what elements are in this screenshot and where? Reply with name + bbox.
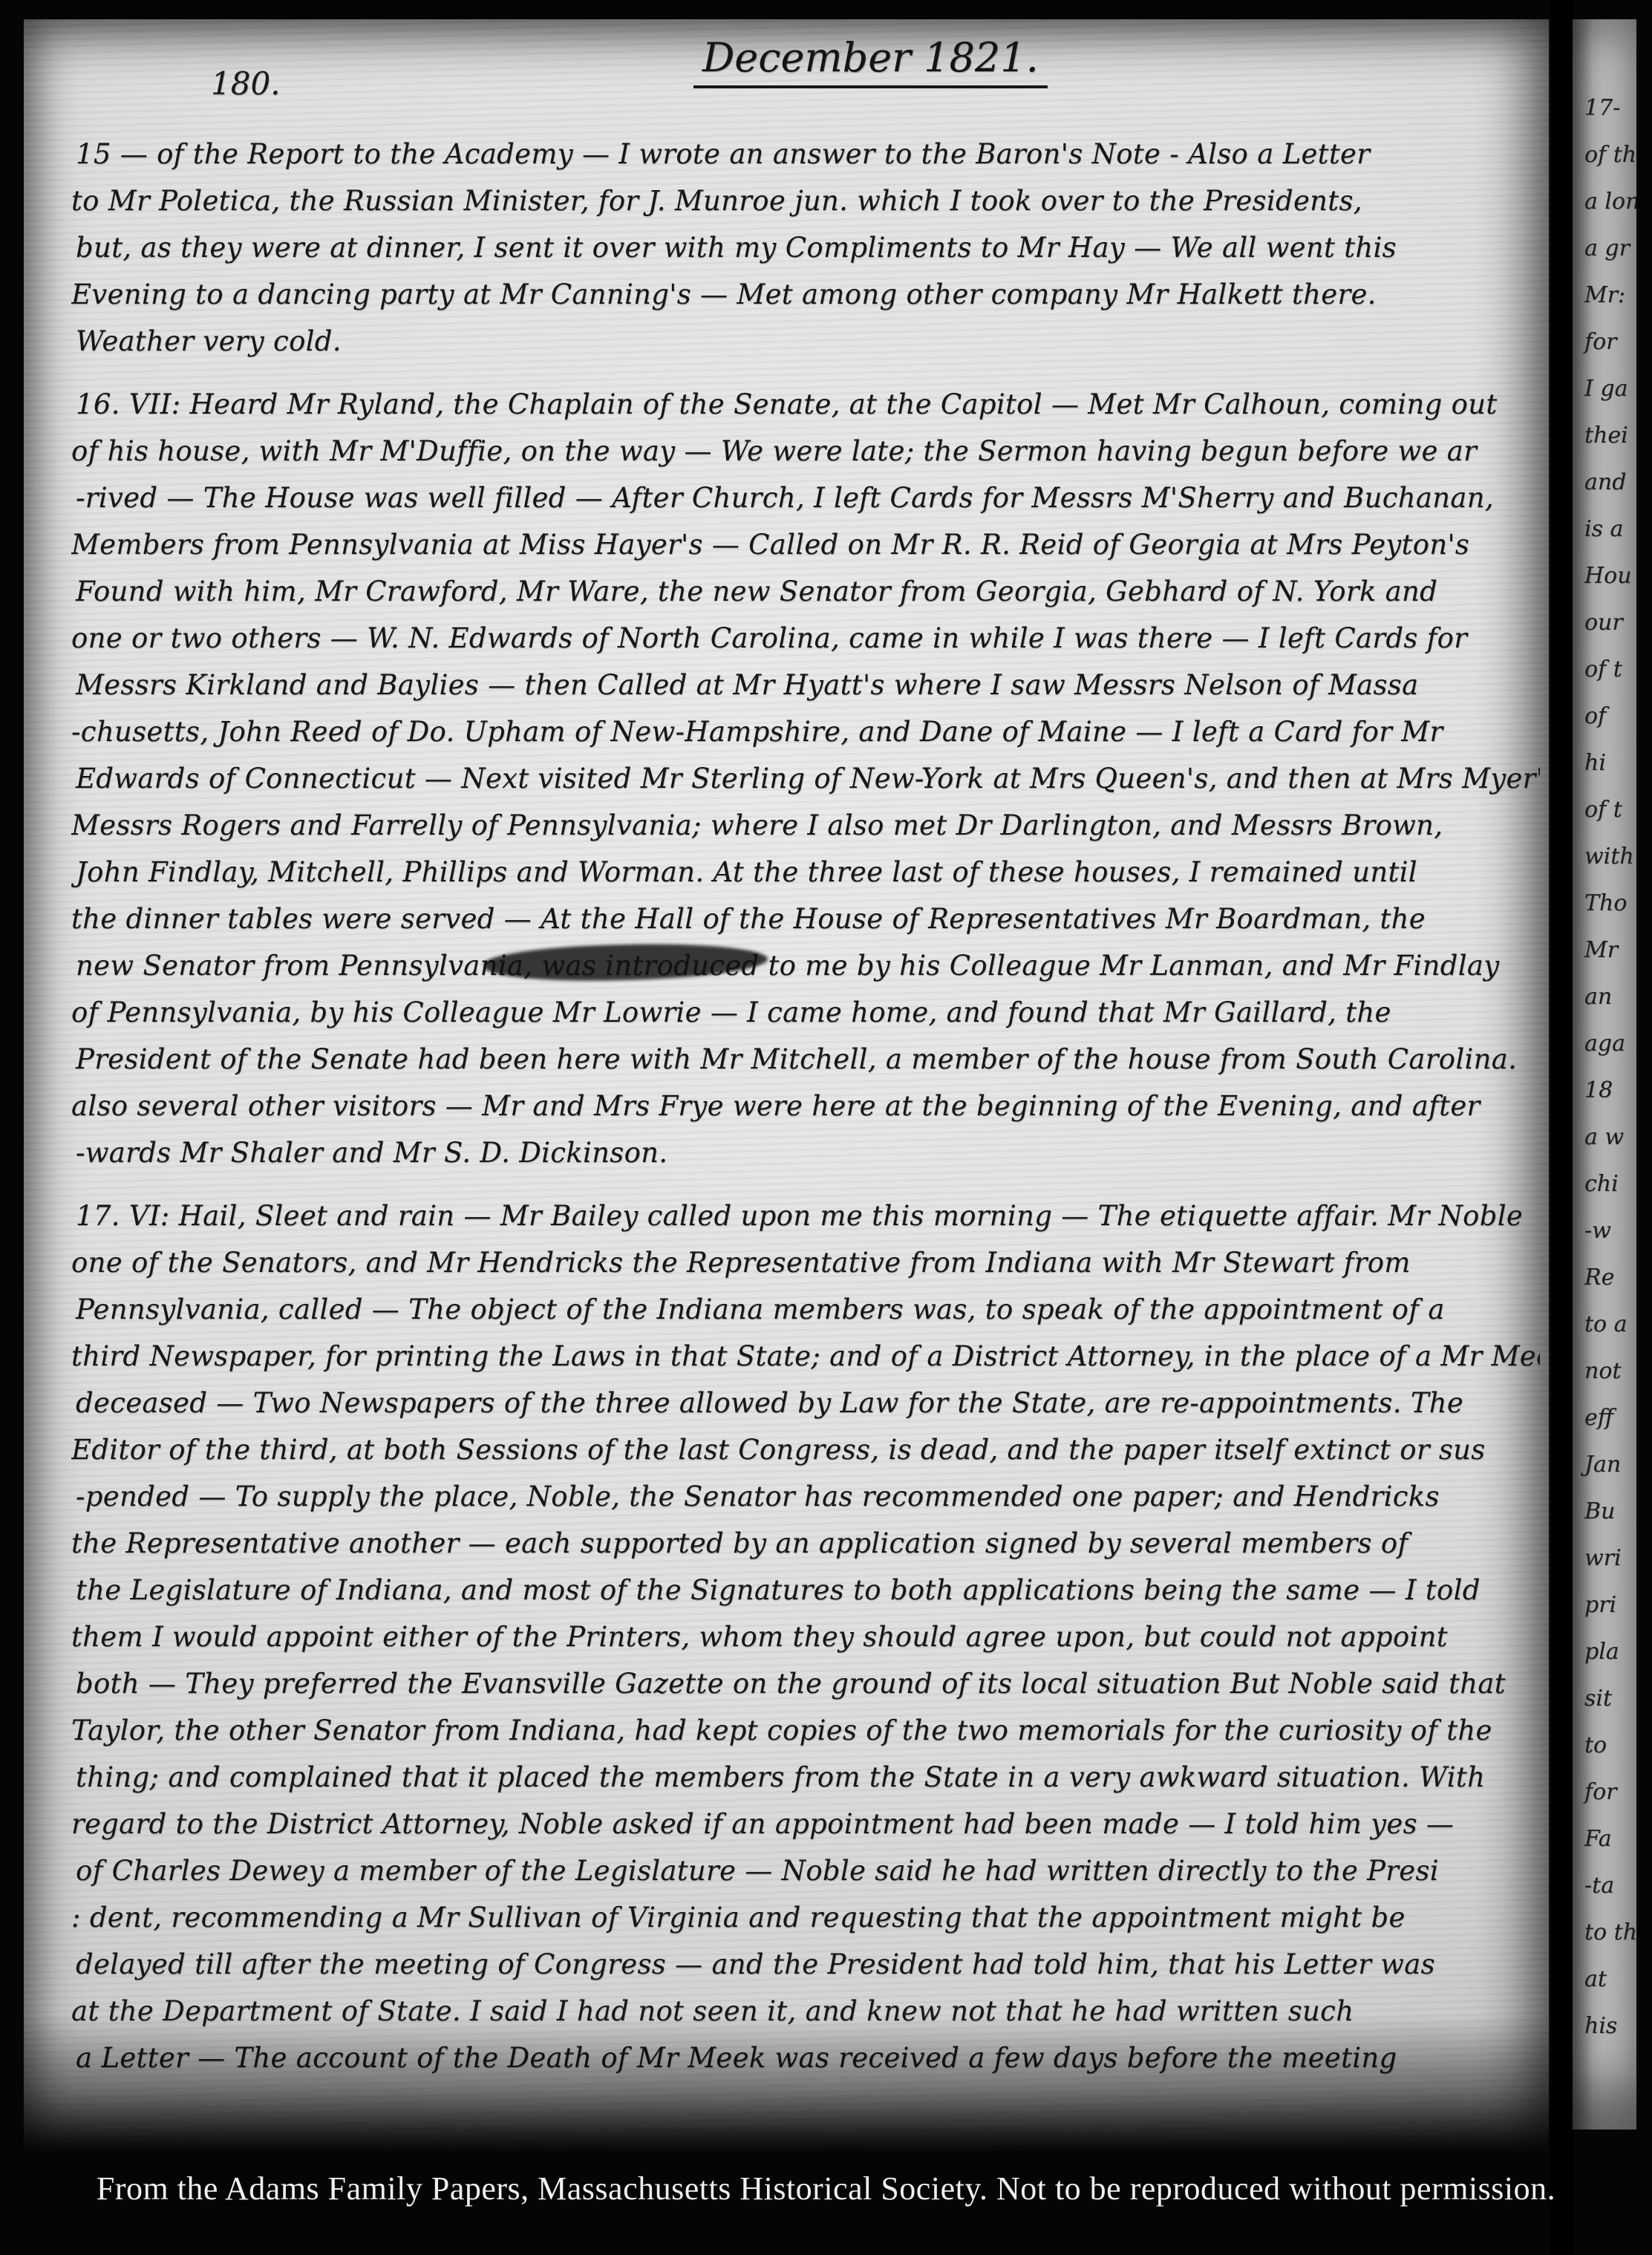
- manuscript-line: Messrs Rogers and Farrelly of Pennsylvan…: [71, 802, 1540, 849]
- manuscript-line: at the Department of State. I said I had…: [71, 1988, 1540, 2034]
- manuscript-line: Messrs Kirkland and Baylies — then Calle…: [71, 662, 1540, 708]
- manuscript-line-fragment: to a: [1573, 1301, 1636, 1348]
- manuscript-line: President of the Senate had been here wi…: [71, 1036, 1540, 1083]
- manuscript-line-fragment: an: [1573, 973, 1636, 1020]
- manuscript-line: : dent, recommending a Mr Sullivan of Vi…: [71, 1894, 1540, 1941]
- manuscript-line: -pended — To supply the place, Noble, th…: [71, 1473, 1540, 1520]
- manuscript-line-fragment: chi: [1573, 1161, 1636, 1207]
- manuscript-line-fragment: to: [1573, 1722, 1636, 1769]
- manuscript-line: -chusetts, John Reed of Do. Upham of New…: [71, 708, 1540, 755]
- manuscript-line: new Senator from Pennsylvania, was intro…: [71, 942, 1540, 989]
- manuscript-line: Found with him, Mr Crawford, Mr Ware, th…: [71, 568, 1540, 615]
- manuscript-line-fragment: aga: [1573, 1020, 1636, 1067]
- manuscript-line: one of the Senators, and Mr Hendricks th…: [71, 1239, 1540, 1286]
- manuscript-line: of Pennsylvania, by his Colleague Mr Low…: [71, 989, 1540, 1036]
- manuscript-line: deceased — Two Newspapers of the three a…: [71, 1380, 1540, 1426]
- manuscript-line-fragment: of: [1573, 693, 1636, 740]
- manuscript-line-fragment: pla: [1573, 1628, 1636, 1675]
- manuscript-line: both — They preferred the Evansville Gaz…: [71, 1660, 1540, 1707]
- manuscript-line: but, as they were at dinner, I sent it o…: [71, 224, 1540, 271]
- manuscript-line-fragment: -ta: [1573, 1862, 1636, 1909]
- manuscript-line-fragment: of t: [1573, 646, 1636, 693]
- manuscript-line-fragment: his: [1573, 2003, 1636, 2049]
- manuscript-line-fragment: thei: [1573, 412, 1636, 459]
- diary-text-block: 15 — of the Report to the Academy — I wr…: [71, 131, 1540, 2098]
- manuscript-line: one or two others — W. N. Edwards of Nor…: [71, 615, 1540, 662]
- manuscript-line: -rived — The House was well filled — Aft…: [71, 474, 1540, 521]
- entry-december-16: 16. VII: Heard Mr Ryland, the Chaplain o…: [71, 381, 1540, 1176]
- manuscript-line: them I would appoint either of the Print…: [71, 1613, 1540, 1660]
- manuscript-line-fragment: at: [1573, 1956, 1636, 2003]
- manuscript-line-fragment: is a: [1573, 506, 1636, 552]
- manuscript-line: Edwards of Connecticut — Next visited Mr…: [71, 755, 1540, 802]
- manuscript-line-fragment: pri: [1573, 1582, 1636, 1628]
- manuscript-line-fragment: eff: [1573, 1394, 1636, 1441]
- manuscript-line-fragment: hi: [1573, 740, 1636, 786]
- manuscript-line: also several other visitors — Mr and Mrs…: [71, 1083, 1540, 1129]
- next-page-sliver: 17-of tha lona grMr:forI gatheiandis aHo…: [1573, 19, 1636, 2130]
- manuscript-line-fragment: sit: [1573, 1675, 1636, 1722]
- manuscript-line: of Charles Dewey a member of the Legisla…: [71, 1847, 1540, 1894]
- manuscript-line: Evening to a dancing party at Mr Canning…: [71, 271, 1540, 318]
- manuscript-line-fragment: and: [1573, 459, 1636, 506]
- manuscript-line-fragment: 18: [1573, 1067, 1636, 1114]
- manuscript-line-fragment: Mr:: [1573, 272, 1636, 319]
- manuscript-line: the Representative another — each suppor…: [71, 1520, 1540, 1567]
- manuscript-line-fragment: Fa: [1573, 1815, 1636, 1862]
- manuscript-line-fragment: with: [1573, 833, 1636, 880]
- manuscript-line: third Newspaper, for printing the Laws i…: [71, 1333, 1540, 1380]
- manuscript-line: Pennsylvania, called — The object of the…: [71, 1286, 1540, 1333]
- manuscript-line: 16. VII: Heard Mr Ryland, the Chaplain o…: [71, 381, 1540, 428]
- manuscript-line: the dinner tables were served — At the H…: [71, 895, 1540, 942]
- manuscript-line: the Legislature of Indiana, and most of …: [71, 1567, 1540, 1613]
- manuscript-line: 17. VI: Hail, Sleet and rain — Mr Bailey…: [71, 1192, 1540, 1239]
- manuscript-line-fragment: of th: [1573, 131, 1636, 178]
- manuscript-line-fragment: wri: [1573, 1535, 1636, 1582]
- entry-december-15: 15 — of the Report to the Academy — I wr…: [71, 131, 1540, 365]
- manuscript-line: 15 — of the Report to the Academy — I wr…: [71, 131, 1540, 177]
- manuscript-line-fragment: Bu: [1573, 1488, 1636, 1535]
- manuscript-line-fragment: Hou: [1573, 552, 1636, 599]
- manuscript-line-fragment: I ga: [1573, 365, 1636, 412]
- manuscript-line-fragment: for: [1573, 1769, 1636, 1815]
- manuscript-line-fragment: -w: [1573, 1207, 1636, 1254]
- manuscript-line: -wards Mr Shaler and Mr S. D. Dickinson.: [71, 1129, 1540, 1176]
- manuscript-line: Weather very cold.: [71, 318, 1540, 365]
- manuscript-line-fragment: of t: [1573, 786, 1636, 833]
- manuscript-line: a Letter — The account of the Death of M…: [71, 2034, 1540, 2081]
- manuscript-line: to Mr Poletica, the Russian Minister, fo…: [71, 177, 1540, 224]
- manuscript-line-fragment: 17-: [1573, 85, 1636, 131]
- manuscript-line: Editor of the third, at both Sessions of…: [71, 1426, 1540, 1473]
- manuscript-line: Members from Pennsylvania at Miss Hayer'…: [71, 521, 1540, 568]
- manuscript-line-fragment: a lon: [1573, 178, 1636, 225]
- manuscript-line-fragment: Tho: [1573, 880, 1636, 927]
- page-title: December 1821.: [693, 34, 1048, 88]
- manuscript-line-fragment: Re: [1573, 1254, 1636, 1301]
- manuscript-line-fragment: a w: [1573, 1114, 1636, 1161]
- entry-december-17: 17. VI: Hail, Sleet and rain — Mr Bailey…: [71, 1192, 1540, 2081]
- book-gutter: [1549, 0, 1574, 2255]
- manuscript-line: John Findlay, Mitchell, Phillips and Wor…: [71, 849, 1540, 895]
- manuscript-line-fragment: not: [1573, 1348, 1636, 1394]
- next-page-fragments: 17-of tha lona grMr:forI gatheiandis aHo…: [1573, 19, 1636, 2049]
- manuscript-line: thing; and complained that it placed the…: [71, 1754, 1540, 1801]
- manuscript-line-fragment: for: [1573, 319, 1636, 365]
- manuscript-line-fragment: to th: [1573, 1909, 1636, 1956]
- manuscript-line: regard to the District Attorney, Noble a…: [71, 1801, 1540, 1847]
- manuscript-line-fragment: Mr: [1573, 927, 1636, 973]
- manuscript-line: Taylor, the other Senator from Indiana, …: [71, 1707, 1540, 1754]
- archive-caption: From the Adams Family Papers, Massachuse…: [0, 2170, 1652, 2207]
- page-number: 180.: [211, 65, 281, 102]
- manuscript-line: delayed till after the meeting of Congre…: [71, 1941, 1540, 1988]
- manuscript-line-fragment: Jan: [1573, 1441, 1636, 1488]
- manuscript-line-fragment: a gr: [1573, 225, 1636, 272]
- diary-page: 180. December 1821. 15 — of the Report t…: [24, 19, 1550, 2152]
- manuscript-line: of his house, with Mr M'Duffie, on the w…: [71, 428, 1540, 474]
- manuscript-line-fragment: our: [1573, 599, 1636, 646]
